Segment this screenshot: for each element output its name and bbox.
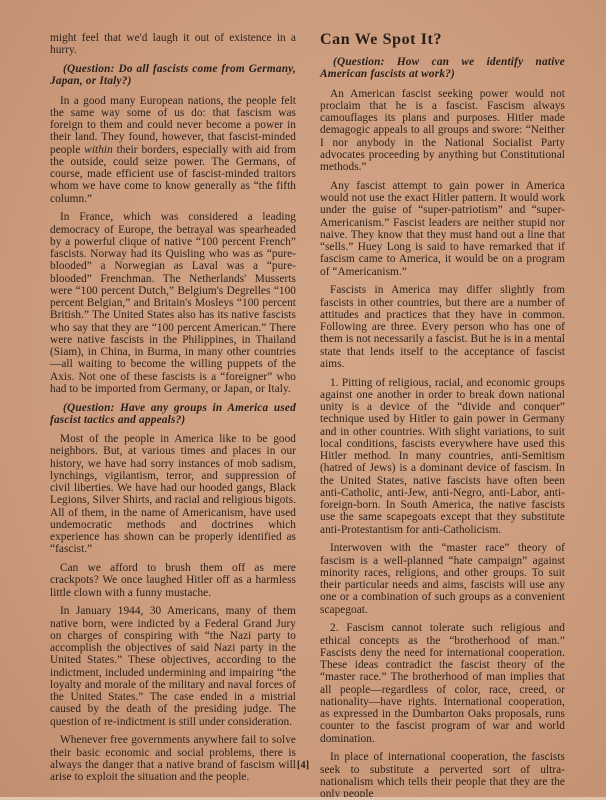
- body-paragraph: In France, which was considered a leadin…: [50, 211, 296, 395]
- numbered-point: 1. Pitting of religious, racial, and eco…: [320, 377, 565, 536]
- body-paragraph: In January 1944, 30 Americans, many of t…: [50, 605, 296, 728]
- continuation-paragraph: might feel that we'd laugh it out of exi…: [50, 32, 296, 57]
- question-heading: (Question: Have any groups in America us…: [50, 402, 296, 427]
- body-paragraph: Can we afford to brush them off as mere …: [50, 562, 296, 599]
- body-paragraph: An American fascist seeking power would …: [320, 88, 565, 174]
- body-paragraph: Fascists in America may differ slightly …: [320, 284, 565, 370]
- page-number: [4]: [0, 760, 606, 771]
- body-paragraph: In place of international cooperation, t…: [320, 751, 565, 800]
- body-paragraph: Interwoven with the “master race” theory…: [320, 542, 565, 616]
- question-heading: (Question: Do all fascists come from Ger…: [50, 63, 296, 88]
- left-column: might feel that we'd laugh it out of exi…: [50, 32, 296, 790]
- right-column: Can We Spot It? (Question: How can we id…: [320, 30, 565, 800]
- body-paragraph: Whenever free governments anywhere fail …: [50, 734, 296, 783]
- body-paragraph: Any fascist attempt to gain power in Ame…: [320, 180, 565, 278]
- body-paragraph: In a good many European nations, the peo…: [50, 95, 296, 205]
- body-paragraph: Most of the people in America like to be…: [50, 433, 296, 556]
- numbered-point: 2. Fascism cannot tolerate such religiou…: [320, 622, 565, 745]
- section-heading: Can We Spot It?: [320, 30, 565, 50]
- document-page: might feel that we'd laugh it out of exi…: [0, 0, 606, 797]
- question-heading: (Question: How can we identify native Am…: [320, 56, 565, 81]
- emphasized-word: within: [84, 144, 113, 156]
